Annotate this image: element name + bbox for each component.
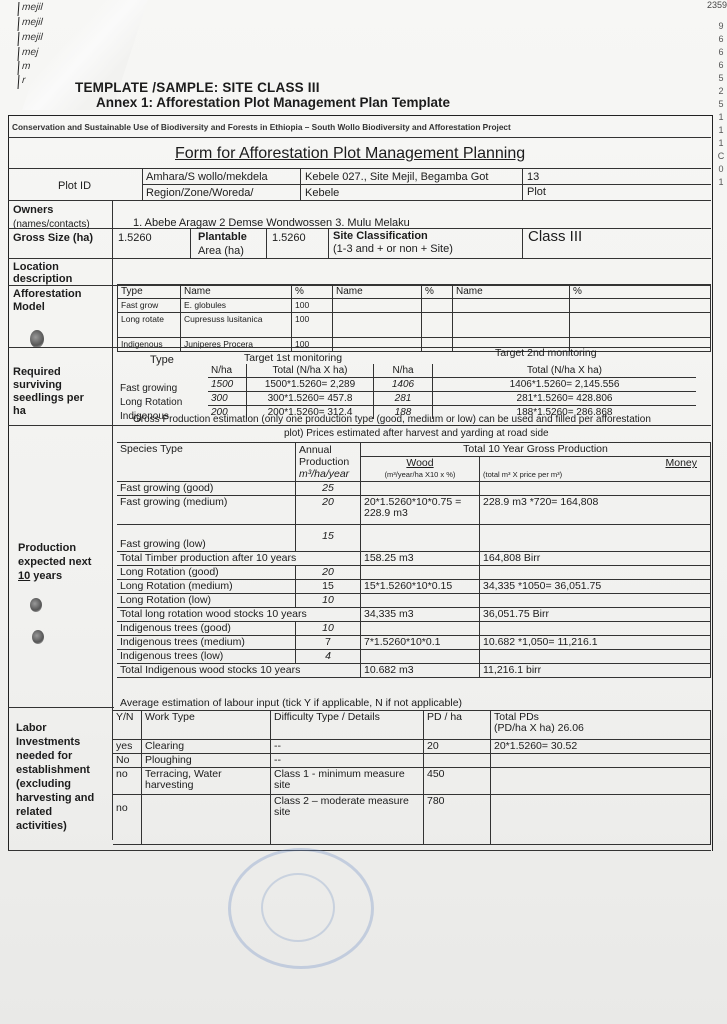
header-pct: % — [292, 285, 333, 299]
labor-label-6: harvesting and — [16, 792, 94, 804]
labor-table: Y/N Work Type Difficulty Type / Details … — [113, 710, 711, 845]
table-row: Fast growing (medium)2020*1.5260*10*0.75… — [117, 496, 711, 525]
gross-size-label: Gross Size (ha) — [13, 232, 93, 244]
table-row: noClass 2 – moderate measure site780 — [113, 795, 711, 845]
table-row: yesClearing--2020*1.5260= 30.52 — [113, 740, 711, 754]
table-row: Total long rotation wood stocks 10 years… — [117, 608, 711, 622]
gross-size-value: 1.5260 — [118, 232, 152, 244]
region-label: Region/Zone/Woreda/ — [146, 187, 253, 199]
plantable-label-2: Area (ha) — [198, 245, 244, 257]
header-name-2: Name — [333, 285, 422, 299]
header-name-3: Name — [453, 285, 570, 299]
production-label-2: expected next — [18, 556, 91, 568]
seedlings-type-2: Long Rotation — [120, 397, 182, 408]
table-row: Fast growing (low)15 — [117, 525, 711, 552]
table-row: NoPloughing-- — [113, 754, 711, 768]
right-edge-scrap: 9 6 6 6 5 2 5 1 1 1 C 0 1 — [715, 20, 727, 210]
plot-label: Plot — [527, 186, 546, 198]
afforestation-model-label-2: Model — [13, 301, 45, 313]
location-label-2: description — [13, 273, 72, 285]
table-row: Indigenous trees (medium)77*1.5260*10*0.… — [117, 636, 711, 650]
site-classification-sub: (1-3 and + or non + Site) — [333, 243, 453, 255]
labor-label-3: needed for — [16, 750, 72, 762]
seedlings-type-1: Fast growing — [120, 383, 177, 394]
table-row: Long Rotation (low)10 — [117, 594, 711, 608]
afforestation-model-table: Type Name % Name % Name % Fast grow E. g… — [117, 284, 711, 352]
seedlings-table: N/ha Total (N/ha X ha) N/ha Total (N/ha … — [208, 364, 696, 419]
table-row: 300 300*1.5260= 457.8 281 281*1.5260= 42… — [208, 392, 696, 406]
seedlings-type-header: Type — [150, 354, 174, 366]
table-row: Long rotate Cupresuss lusitanica 100 — [118, 313, 711, 338]
owners-label: Owners — [13, 204, 53, 216]
production-table: Species Type Annual Production m³/ha/yea… — [117, 442, 711, 678]
plantable-value: 1.5260 — [272, 232, 306, 244]
production-note-1: Gross Production estimation (only one pr… — [133, 414, 651, 425]
site-classification-label: Site Classification — [333, 230, 428, 242]
table-row: Total Timber production after 10 years15… — [117, 552, 711, 566]
punch-hole — [30, 598, 42, 612]
form-title: Form for Afforestation Plot Management P… — [175, 145, 525, 163]
production-note-2: plot) Prices estimated after harvest and… — [284, 428, 549, 439]
labor-label-4: establishment — [16, 764, 90, 776]
production-label-3: 10 years — [18, 570, 62, 582]
plot-id-label: Plot ID — [58, 180, 91, 192]
afforestation-model-label: Afforestation — [13, 288, 81, 300]
labor-label-2: Investments — [16, 736, 80, 748]
punch-hole — [30, 330, 44, 348]
labor-note: Average estimation of labour input (tick… — [120, 697, 462, 709]
table-row: Fast growing (good)25 — [117, 482, 711, 496]
labor-label-1: Labor — [16, 722, 47, 734]
seedlings-label-2: surviving — [13, 379, 62, 391]
labor-label-8: activities) — [16, 820, 67, 832]
table-row: Long Rotation (medium)1515*1.5260*10*0.1… — [117, 580, 711, 594]
table-row: Indigenous Juniperes Procera 100 — [118, 338, 711, 352]
target-1-header: Target 1st monitoring — [244, 352, 342, 364]
table-row: Long Rotation (good)20 — [117, 566, 711, 580]
annex-title: Annex 1: Afforestation Plot Management P… — [96, 95, 450, 110]
table-row: Indigenous trees (good)10 — [117, 622, 711, 636]
top-right-scrap: 2359 — [707, 0, 727, 10]
template-title: TEMPLATE /SAMPLE: SITE CLASS III — [75, 80, 320, 95]
seedlings-label-4: ha — [13, 405, 26, 417]
table-row: noTerracing, Water harvestingClass 1 - m… — [113, 768, 711, 795]
kebele-value: Kebele 027., Site Mejil, Begamba Got — [305, 171, 488, 183]
plot-value: 13 — [527, 171, 539, 183]
labor-label-7: related — [16, 806, 52, 818]
table-row: Fast grow E. globules 100 — [118, 299, 711, 313]
seedlings-label-3: seedlings per — [13, 392, 84, 404]
official-stamp — [228, 848, 374, 969]
site-class-value: Class III — [528, 228, 582, 245]
region-value: Amhara/S wollo/mekdela — [146, 171, 268, 183]
punch-hole — [32, 630, 44, 644]
header-name: Name — [181, 285, 292, 299]
header-pct-2: % — [422, 285, 453, 299]
table-row: 1500 1500*1.5260= 2,289 1406 1406*1.5260… — [208, 378, 696, 392]
header-pct-3: % — [570, 285, 711, 299]
kebele-label: Kebele — [305, 187, 339, 199]
project-line: Conservation and Sustainable Use of Biod… — [12, 122, 511, 132]
production-label-1: Production — [18, 542, 76, 554]
header-type: Type — [118, 285, 181, 299]
seedlings-label-1: Required — [13, 366, 61, 378]
labor-label-5: (excluding — [16, 778, 71, 790]
table-row: Total Indigenous wood stocks 10 years10.… — [117, 664, 711, 678]
plantable-label: Plantable — [198, 231, 247, 243]
document-page: mejil mejil mejil mej m r 2359 9 6 6 6 5… — [0, 0, 727, 1024]
location-label: Location — [13, 261, 59, 273]
table-row: Indigenous trees (low)4 — [117, 650, 711, 664]
target-2-header: Target 2nd monitoring — [495, 347, 597, 359]
